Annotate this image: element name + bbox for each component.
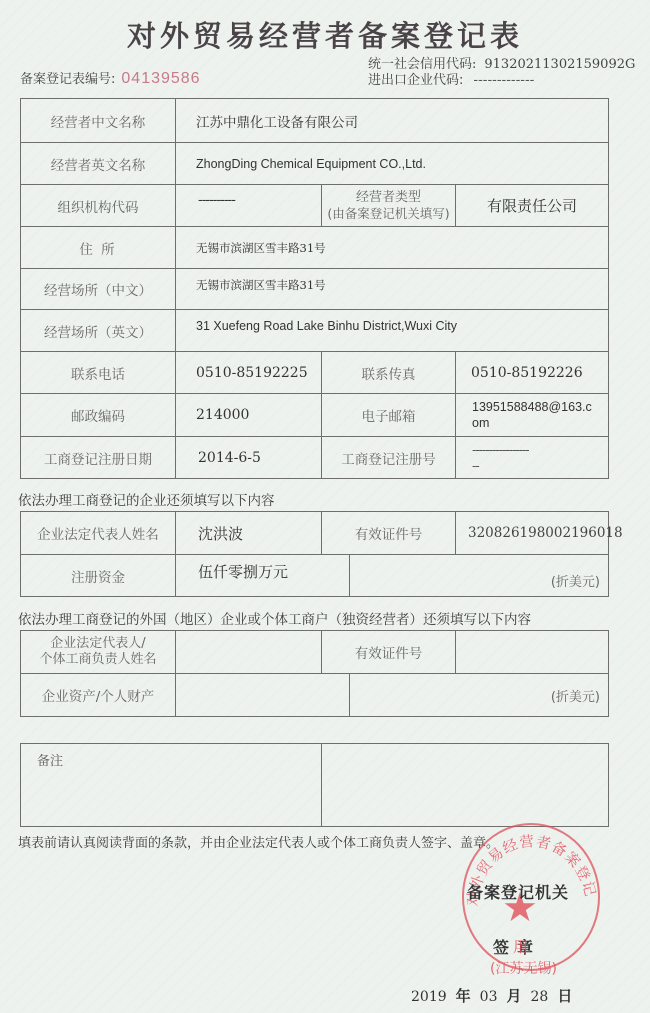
site-en-value: 31 Xuefeng Road Lake Binhu District,Wuxi… bbox=[176, 310, 609, 352]
date-day-unit: 日 bbox=[557, 987, 572, 1005]
section2-title: 依法办理工商登记的外国（地区）企业或个体工商户（独资经营者）还须填写以下内容 bbox=[18, 608, 531, 628]
address-value: 无锡市滨湖区雪丰路31号 bbox=[176, 227, 609, 269]
phone-label: 联系电话 bbox=[21, 352, 176, 394]
capital-label: 注册资金 bbox=[21, 555, 176, 597]
rep-value bbox=[176, 631, 322, 674]
rep-label-1: 企业法定代表人/ bbox=[21, 636, 175, 652]
ie-code-label: 进出口企业代码: bbox=[368, 73, 463, 88]
footer-note: 填表前请认真阅读背面的条款，并由企业法定代表人或个体工商负责人签字、盖章。 bbox=[18, 832, 499, 851]
operator-type-label-2: (由备案登记机关填写) bbox=[322, 206, 455, 222]
section2-table: 企业法定代表人/ 个体工商负责人姓名 有效证件号 企业资产/个人财产 (折美元) bbox=[20, 630, 609, 717]
fax-label: 联系传真 bbox=[322, 352, 456, 394]
ie-code-value: ------------- bbox=[473, 73, 534, 88]
rep-label: 企业法定代表人/ 个体工商负责人姓名 bbox=[21, 631, 176, 674]
en-name-value: ZhongDing Chemical Equipment CO.,Ltd. bbox=[176, 143, 609, 185]
seal-organization: 备案登记机关 bbox=[467, 880, 569, 903]
org-code-label: 组织机构代码 bbox=[21, 185, 176, 227]
table-row: 经营场所（中文） 无锡市滨湖区雪丰路31号 bbox=[21, 269, 609, 310]
postcode-label: 邮政编码 bbox=[21, 394, 176, 437]
id-label: 有效证件号 bbox=[322, 631, 456, 674]
sign-date: 2019年03月28日 bbox=[411, 985, 581, 1006]
email-label: 电子邮箱 bbox=[322, 394, 456, 437]
main-info-table: 经营者中文名称 江苏中鼎化工设备有限公司 经营者英文名称 ZhongDing C… bbox=[20, 98, 609, 479]
phone-value: 0510-85192225 bbox=[176, 352, 322, 394]
email-value-line1: 13951588488@163.c bbox=[472, 399, 608, 415]
reg-date-label: 工商登记注册日期 bbox=[21, 437, 176, 479]
remarks-label: 备注 bbox=[21, 744, 322, 827]
operator-type-value: 有限责任公司 bbox=[456, 185, 609, 227]
import-export-code: 进出口企业代码:------------- bbox=[368, 69, 534, 88]
postcode-value: 214000 bbox=[176, 394, 322, 437]
assets-label: 企业资产/个人财产 bbox=[21, 674, 176, 717]
site-cn-value: 无锡市滨湖区雪丰路31号 bbox=[176, 269, 609, 310]
registration-form-page: 对外贸易经营者备案登记表 统一社会信用代码:91320211302159092G… bbox=[0, 0, 650, 1013]
table-row: 经营场所（英文） 31 Xuefeng Road Lake Binhu Dist… bbox=[21, 310, 609, 352]
table-row: 备注 bbox=[21, 744, 609, 827]
table-row: 企业法定代表人/ 个体工商负责人姓名 有效证件号 bbox=[21, 631, 609, 674]
assets-usd-label: (折美元) bbox=[350, 674, 609, 717]
section1-table: 企业法定代表人姓名 沈洪波 有效证件号 320826198002196018 注… bbox=[20, 511, 609, 597]
fax-value: 0510-85192226 bbox=[456, 352, 609, 394]
legal-rep-label: 企业法定代表人姓名 bbox=[21, 512, 176, 555]
reg-number-label: 工商登记注册号 bbox=[322, 437, 456, 479]
table-row: 企业资产/个人财产 (折美元) bbox=[21, 674, 609, 717]
site-en-label: 经营场所（英文） bbox=[21, 310, 176, 352]
reg-number-value-line1: ----------------- bbox=[472, 442, 608, 458]
date-year: 2019 bbox=[411, 989, 447, 1005]
seal-use-text: 用 bbox=[513, 936, 528, 957]
remarks-value bbox=[322, 744, 609, 827]
reg-date-value: 2014-6-5 bbox=[176, 437, 322, 479]
cn-name-label: 经营者中文名称 bbox=[21, 99, 176, 143]
seal-city: (江苏无锡) bbox=[490, 958, 557, 978]
en-name-label: 经营者英文名称 bbox=[21, 143, 176, 185]
date-month-unit: 月 bbox=[506, 987, 521, 1005]
id-label: 有效证件号 bbox=[322, 512, 456, 555]
reg-number-value: ----------------- -- bbox=[456, 437, 609, 479]
table-row: 联系电话 0510-85192225 联系传真 0510-85192226 bbox=[21, 352, 609, 394]
operator-type-label-1: 经营者类型 bbox=[322, 190, 455, 206]
capital-usd-label: (折美元) bbox=[350, 555, 609, 597]
table-row: 住 所 无锡市滨湖区雪丰路31号 bbox=[21, 227, 609, 269]
id-value: 320826198002196018 bbox=[456, 512, 609, 555]
address-label: 住 所 bbox=[21, 227, 176, 269]
capital-value: 伍仟零捌万元 bbox=[176, 555, 350, 597]
email-value: 13951588488@163.c om bbox=[456, 394, 609, 437]
table-row: 组织机构代码 ---------- 经营者类型 (由备案登记机关填写) 有限责任… bbox=[21, 185, 609, 227]
cn-name-value: 江苏中鼎化工设备有限公司 bbox=[176, 99, 609, 143]
org-code-value: ---------- bbox=[176, 185, 322, 227]
table-row: 注册资金 伍仟零捌万元 (折美元) bbox=[21, 555, 609, 597]
table-row: 工商登记注册日期 2014-6-5 工商登记注册号 --------------… bbox=[21, 437, 609, 479]
table-row: 经营者中文名称 江苏中鼎化工设备有限公司 bbox=[21, 99, 609, 143]
operator-type-label: 经营者类型 (由备案登记机关填写) bbox=[322, 185, 456, 227]
page-title: 对外贸易经营者备案登记表 bbox=[0, 14, 650, 55]
assets-value bbox=[176, 674, 350, 717]
reg-no-label: 备案登记表编号: bbox=[20, 72, 115, 87]
legal-rep-value: 沈洪波 bbox=[176, 512, 322, 555]
site-cn-label: 经营场所（中文） bbox=[21, 269, 176, 310]
date-year-unit: 年 bbox=[456, 987, 471, 1005]
registration-number: 备案登记表编号:04139586 bbox=[20, 68, 201, 88]
section1-title: 依法办理工商登记的企业还须填写以下内容 bbox=[18, 489, 275, 509]
rep-label-2: 个体工商负责人姓名 bbox=[21, 652, 175, 668]
id-value bbox=[456, 631, 609, 674]
table-row: 企业法定代表人姓名 沈洪波 有效证件号 320826198002196018 bbox=[21, 512, 609, 555]
table-row: 邮政编码 214000 电子邮箱 13951588488@163.c om bbox=[21, 394, 609, 437]
table-row: 经营者英文名称 ZhongDing Chemical Equipment CO.… bbox=[21, 143, 609, 185]
reg-no-value: 04139586 bbox=[121, 70, 200, 87]
reg-number-value-line2: -- bbox=[472, 458, 608, 474]
date-day: 28 bbox=[531, 989, 549, 1005]
email-value-line2: om bbox=[472, 415, 608, 431]
remarks-table: 备注 bbox=[20, 743, 609, 827]
date-month: 03 bbox=[480, 989, 498, 1005]
